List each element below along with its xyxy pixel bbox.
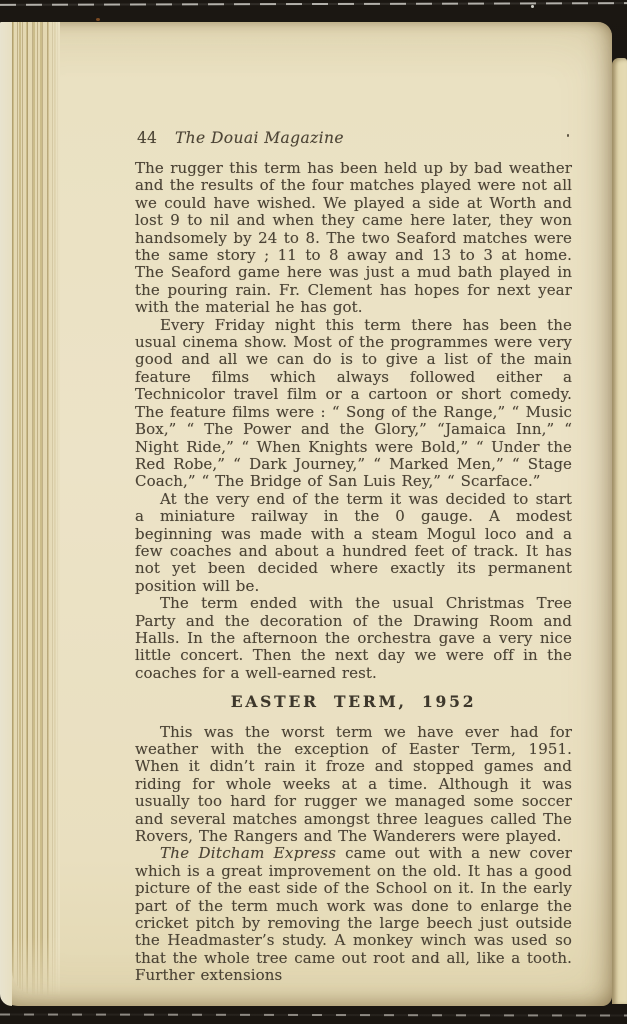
magazine-title: The Douai Magazine [175,129,344,147]
page-content: 44 The Douai Magazine The rugger this te… [135,129,572,985]
paragraph: The rugger this term has been held up by… [135,160,572,317]
paragraph: Every Friday night this term there has b… [135,317,572,491]
dust-speck [531,5,534,8]
paragraph: At the very end of the term it was decid… [135,491,572,595]
bottom-frame-scratch [0,1013,627,1016]
paragraph: This was the worst term we have ever had… [135,724,572,846]
section-heading: EASTER TERM, 1952 [135,693,572,710]
book-scan: 44 The Douai Magazine The rugger this te… [0,0,627,1024]
paragraph: The Ditcham Express came out with a new … [135,845,572,984]
paragraph-text: came out with a new cover which is a gre… [135,844,572,984]
dust-speck [96,18,100,21]
paragraph: The term ended with the usual Christmas … [135,595,572,682]
next-page-edge [612,58,627,1004]
page-number: 44 [137,129,157,147]
book-page: 44 The Douai Magazine The rugger this te… [0,22,612,1006]
page-stack-edges [12,22,60,996]
italic-book-title: The Ditcham Express [160,844,336,862]
running-header: 44 The Douai Magazine [137,129,572,147]
page-left-margin-edge [0,22,12,1006]
